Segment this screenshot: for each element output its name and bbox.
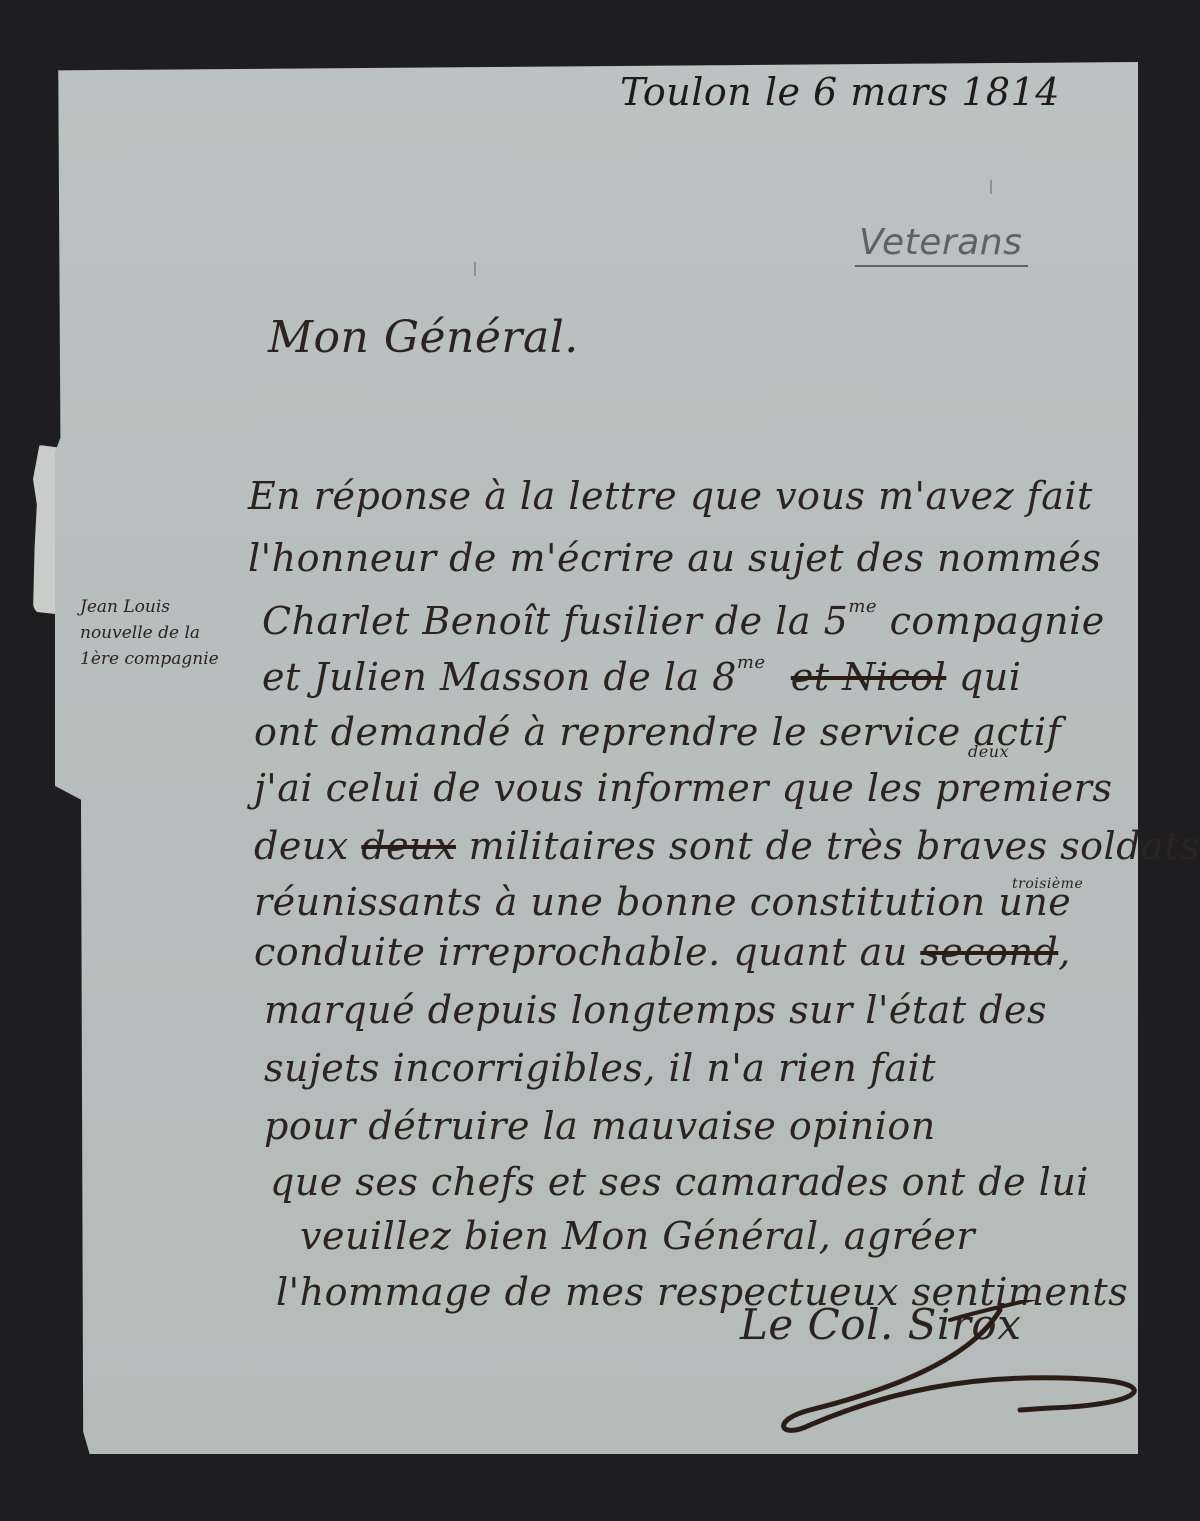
- struck-text: et Nicol: [791, 655, 947, 699]
- pencil-mark: [474, 262, 476, 276]
- body-line: j'ai celui de vous informer que les prem…: [254, 766, 1112, 810]
- interlinear-insertion: deux: [968, 742, 1009, 761]
- interlinear-insertion: troisième: [1012, 876, 1083, 892]
- pencil-mark: [990, 180, 992, 194]
- body-line: veuillez bien Mon Général, agréer: [300, 1214, 975, 1258]
- body-line: et Julien Masson de la 8me et Nicol qui: [262, 652, 1021, 699]
- margin-note-line: nouvelle de la: [80, 620, 260, 646]
- body-line: En réponse à la lettre que vous m'avez f…: [248, 474, 1093, 518]
- margin-note-line: 1ère compagnie: [80, 646, 260, 672]
- body-line: marqué depuis longtemps sur l'état des: [264, 988, 1047, 1032]
- body-line: l'honneur de m'écrire au sujet des nommé…: [248, 536, 1101, 580]
- struck-text: second: [920, 930, 1058, 974]
- body-line: Charlet Benoît fusilier de la 5me compag…: [262, 596, 1105, 643]
- salutation: Mon Général.: [268, 312, 579, 363]
- signature-flourish: [770, 1300, 1150, 1450]
- body-line: conduite irreprochable. quant au second,: [254, 930, 1071, 974]
- dateline: Toulon le 6 mars 1814: [620, 70, 1060, 114]
- body-line: deux deux militaires sont de très braves…: [254, 824, 1200, 868]
- body-line: que ses chefs et ses camarades ont de lu…: [270, 1160, 1089, 1204]
- body-line: réunissants à une bonne constitution une: [254, 880, 1071, 924]
- margin-note-line: Jean Louis: [80, 594, 260, 620]
- struck-text: deux: [361, 824, 456, 868]
- body-line: ont demandé à reprendre le service actif: [254, 710, 1061, 754]
- body-line: sujets incorrigibles, il n'a rien fait: [264, 1046, 936, 1090]
- body-line: pour détruire la mauvaise opinion: [264, 1104, 936, 1148]
- margin-note: Jean Louis nouvelle de la 1ère compagnie: [80, 594, 260, 672]
- pencil-annotation: Veterans: [855, 222, 1028, 267]
